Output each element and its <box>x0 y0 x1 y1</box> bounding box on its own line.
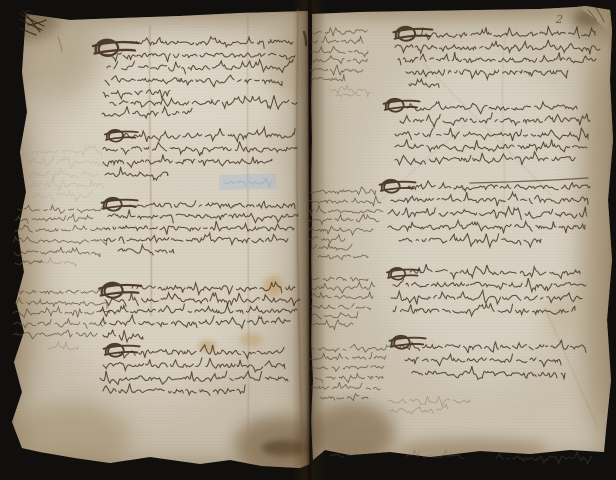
laid-paper-texture <box>10 8 310 472</box>
ghost-marks-bottom-line <box>496 452 592 464</box>
folio-number: 2 <box>556 13 564 26</box>
left-page <box>10 8 310 472</box>
laid-paper-texture <box>308 2 614 468</box>
binding-seam <box>309 4 311 476</box>
scanned-manuscript: 2 C. <box>0 0 616 480</box>
right-page <box>308 2 614 468</box>
corner-mark: C. <box>24 8 34 18</box>
